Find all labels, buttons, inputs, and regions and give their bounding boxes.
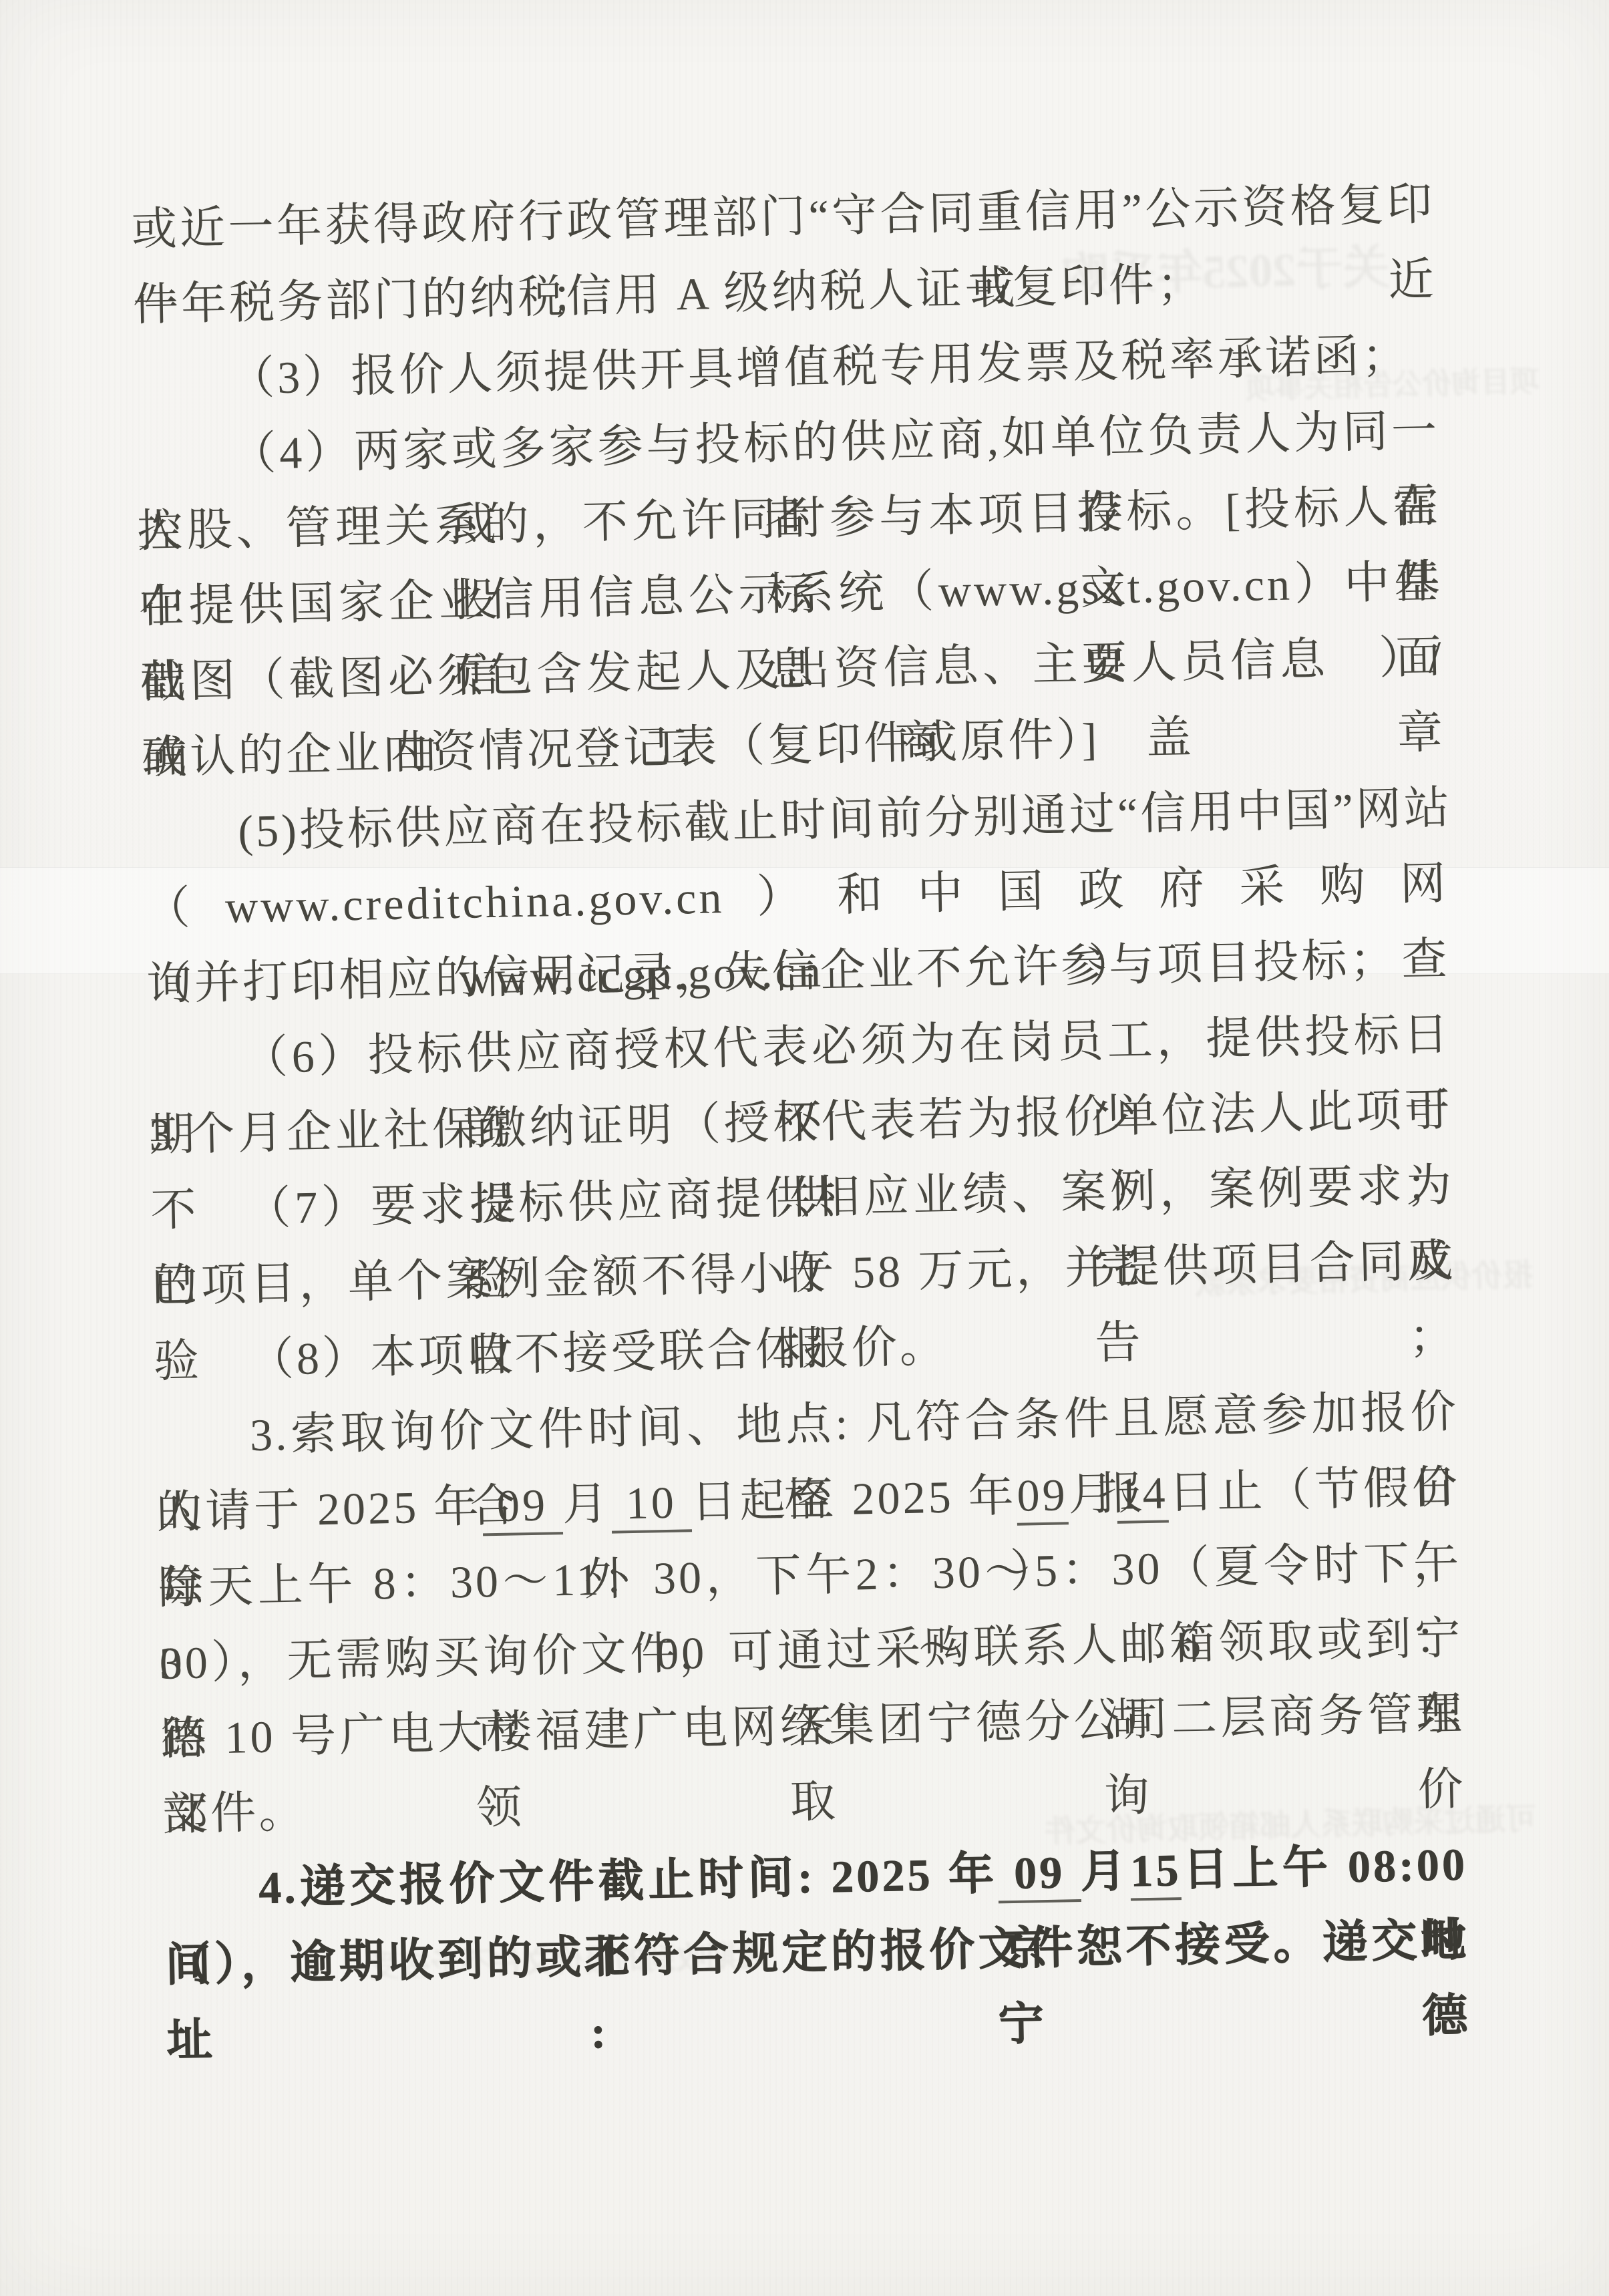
scanned-document-page: 或近一年获得政府行政管理部门“守合同重信用”公示资格复印件；或近一年税务部门的纳…	[0, 0, 1609, 2296]
underlined-date-value: 09	[482, 1479, 563, 1536]
bleed-through-ghost-text: 关于2025年采购	[961, 230, 1390, 309]
underlined-date-value: 09	[998, 1846, 1081, 1903]
underlined-date-value: 10	[610, 1476, 692, 1533]
bleed-through-ghost-text: 报价供应商资格要求条款	[1218, 1251, 1534, 1303]
underlined-date-value: 09	[1017, 1469, 1069, 1525]
underlined-date-value: 14	[1117, 1467, 1169, 1523]
bleed-through-ghost-text: 项目询价公告相关事项	[1232, 357, 1540, 407]
underlined-date-value: 15	[1130, 1844, 1182, 1901]
document-text: 或近一年获得政府行政管理部门“守合同重信用”公示资格复印件；或近一年税务部门的纳…	[131, 166, 1470, 2003]
